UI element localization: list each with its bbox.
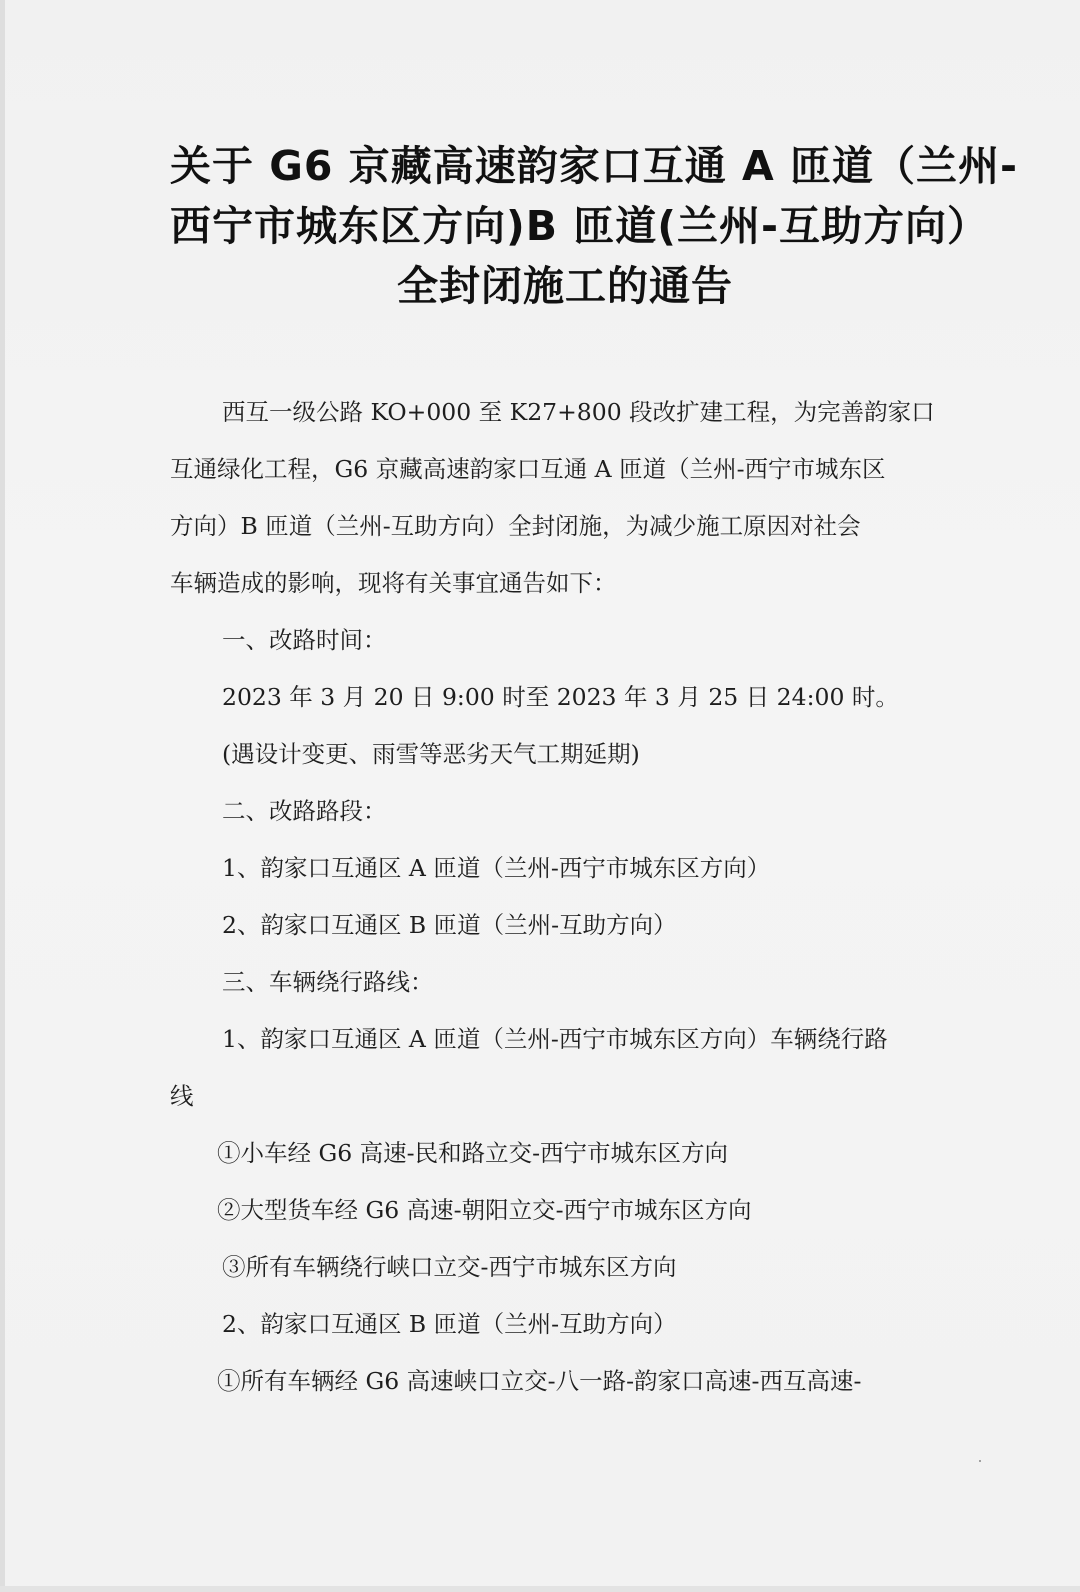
route-a-heading-line-2: 线 bbox=[170, 1068, 960, 1125]
notice-title: 关于 G6 京藏高速韵家口互通 A 匝道（兰州- 西宁市城东区方向)B 匝道(兰… bbox=[170, 136, 960, 316]
route-b-item-1: ①所有车辆经 G6 高速峡口立交-八一路-韵家口高速-西互高速- bbox=[170, 1353, 960, 1410]
route-b-heading: 2、韵家口互通区 B 匝道（兰州-互助方向） bbox=[170, 1296, 960, 1353]
title-line-3: 全封闭施工的通告 bbox=[170, 256, 960, 316]
section2-item-2: 2、韵家口互通区 B 匝道（兰州-互助方向） bbox=[170, 897, 960, 954]
intro-line-1: 西互一级公路 KO+000 至 K27+800 段改扩建工程，为完善韵家口 bbox=[170, 384, 960, 441]
route-a-heading-line-1: 1、韵家口互通区 A 匝道（兰州-西宁市城东区方向）车辆绕行路 bbox=[170, 1011, 960, 1068]
route-a-item-3: ③所有车辆绕行峡口立交-西宁市城东区方向 bbox=[170, 1239, 960, 1296]
intro-line-3: 方向）B 匝道（兰州-互助方向）全封闭施，为减少施工原因对社会 bbox=[170, 498, 960, 555]
section1-time-range: 2023 年 3 月 20 日 9:00 时至 2023 年 3 月 25 日 … bbox=[170, 669, 960, 726]
title-line-1: 关于 G6 京藏高速韵家口互通 A 匝道（兰州- bbox=[170, 136, 960, 196]
intro-line-2: 互通绿化工程，G6 京藏高速韵家口互通 A 匝道（兰州-西宁市城东区 bbox=[170, 441, 960, 498]
notice-body: 西互一级公路 KO+000 至 K27+800 段改扩建工程，为完善韵家口 互通… bbox=[170, 384, 960, 1410]
intro-line-4: 车辆造成的影响，现将有关事宜通告如下： bbox=[170, 555, 960, 612]
section1-note: (遇设计变更、雨雪等恶劣天气工期延期) bbox=[170, 726, 960, 783]
scanned-notice-page: 关于 G6 京藏高速韵家口互通 A 匝道（兰州- 西宁市城东区方向)B 匝道(兰… bbox=[0, 0, 1080, 1592]
page-bottom-edge bbox=[0, 1586, 1080, 1592]
page-left-edge bbox=[0, 0, 5, 1592]
section2-heading: 二、改路路段： bbox=[170, 783, 960, 840]
section3-heading: 三、车辆绕行路线： bbox=[170, 954, 960, 1011]
section1-heading: 一、改路时间： bbox=[170, 612, 960, 669]
title-line-2: 西宁市城东区方向)B 匝道(兰州-互助方向） bbox=[170, 196, 960, 256]
scan-speck bbox=[979, 1460, 981, 1462]
section2-item-1: 1、韵家口互通区 A 匝道（兰州-西宁市城东区方向） bbox=[170, 840, 960, 897]
route-a-item-1: ①小车经 G6 高速-民和路立交-西宁市城东区方向 bbox=[170, 1125, 960, 1182]
route-a-item-2: ②大型货车经 G6 高速-朝阳立交-西宁市城东区方向 bbox=[170, 1182, 960, 1239]
